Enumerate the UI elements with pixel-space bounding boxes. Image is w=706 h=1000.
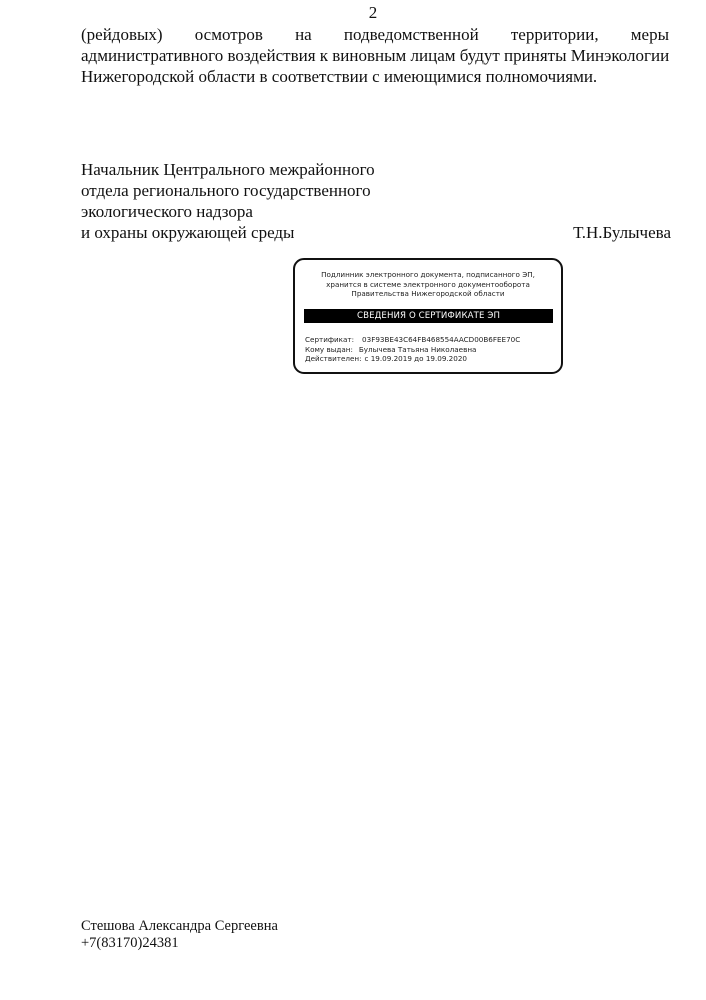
signer-name: Т.Н.Булычева [573, 222, 671, 243]
body-word: на [295, 24, 312, 45]
stamp-header: Подлинник электронного документа, подпис… [295, 270, 561, 299]
issued-to-label: Кому выдан: [305, 345, 353, 355]
validity-label: Действителен: [305, 354, 362, 364]
body-line-3: Нижегородской области в соответствии с и… [81, 66, 669, 87]
signature-block: Начальник Центрального межрайонного отде… [81, 159, 671, 243]
stamp-header-line: Подлинник электронного документа, подпис… [295, 270, 561, 280]
certificate-value: 03F93BE43C64FB468554AACD00B6FEE70C [362, 335, 520, 344]
certificate-label: Сертификат: [305, 335, 354, 345]
body-line-1: (рейдовых) осмотров на подведомственной … [81, 24, 669, 45]
stamp-header-line: Правительства Нижегородской области [295, 289, 561, 299]
body-line-2: административного воздействия к виновным… [81, 45, 669, 66]
stamp-certificate-title: СВЕДЕНИЯ О СЕРТИФИКАТЕ ЭП [304, 309, 553, 323]
body-paragraph: (рейдовых) осмотров на подведомственной … [81, 24, 669, 87]
validity-row: Действителен:с 19.09.2019 до 19.09.2020 [305, 354, 520, 364]
certificate-row: Сертификат:03F93BE43C64FB468554AACD00B6F… [305, 335, 520, 345]
signer-position-line: Начальник Центрального межрайонного [81, 159, 671, 180]
stamp-details: Сертификат:03F93BE43C64FB468554AACD00B6F… [305, 335, 520, 364]
body-word: территории, [511, 24, 599, 45]
signer-position-line: экологического надзора [81, 201, 671, 222]
page-number: 2 [0, 3, 706, 23]
signer-position-line: отдела регионального государственного [81, 180, 671, 201]
body-word: (рейдовых) [81, 24, 163, 45]
executor-name: Стешова Александра Сергеевна [81, 918, 278, 935]
electronic-signature-stamp: Подлинник электронного документа, подпис… [293, 258, 563, 374]
executor-phone: +7(83170)24381 [81, 935, 278, 952]
issued-to-row: Кому выдан:Булычева Татьяна Николаевна [305, 345, 520, 355]
body-word: меры [631, 24, 669, 45]
executor-info: Стешова Александра Сергеевна +7(83170)24… [81, 918, 278, 952]
validity-value: с 19.09.2019 до 19.09.2020 [365, 354, 467, 363]
issued-to-value: Булычева Татьяна Николаевна [359, 345, 477, 354]
stamp-header-line: хранится в системе электронного документ… [295, 280, 561, 290]
body-word: подведомственной [344, 24, 479, 45]
body-word: осмотров [195, 24, 263, 45]
